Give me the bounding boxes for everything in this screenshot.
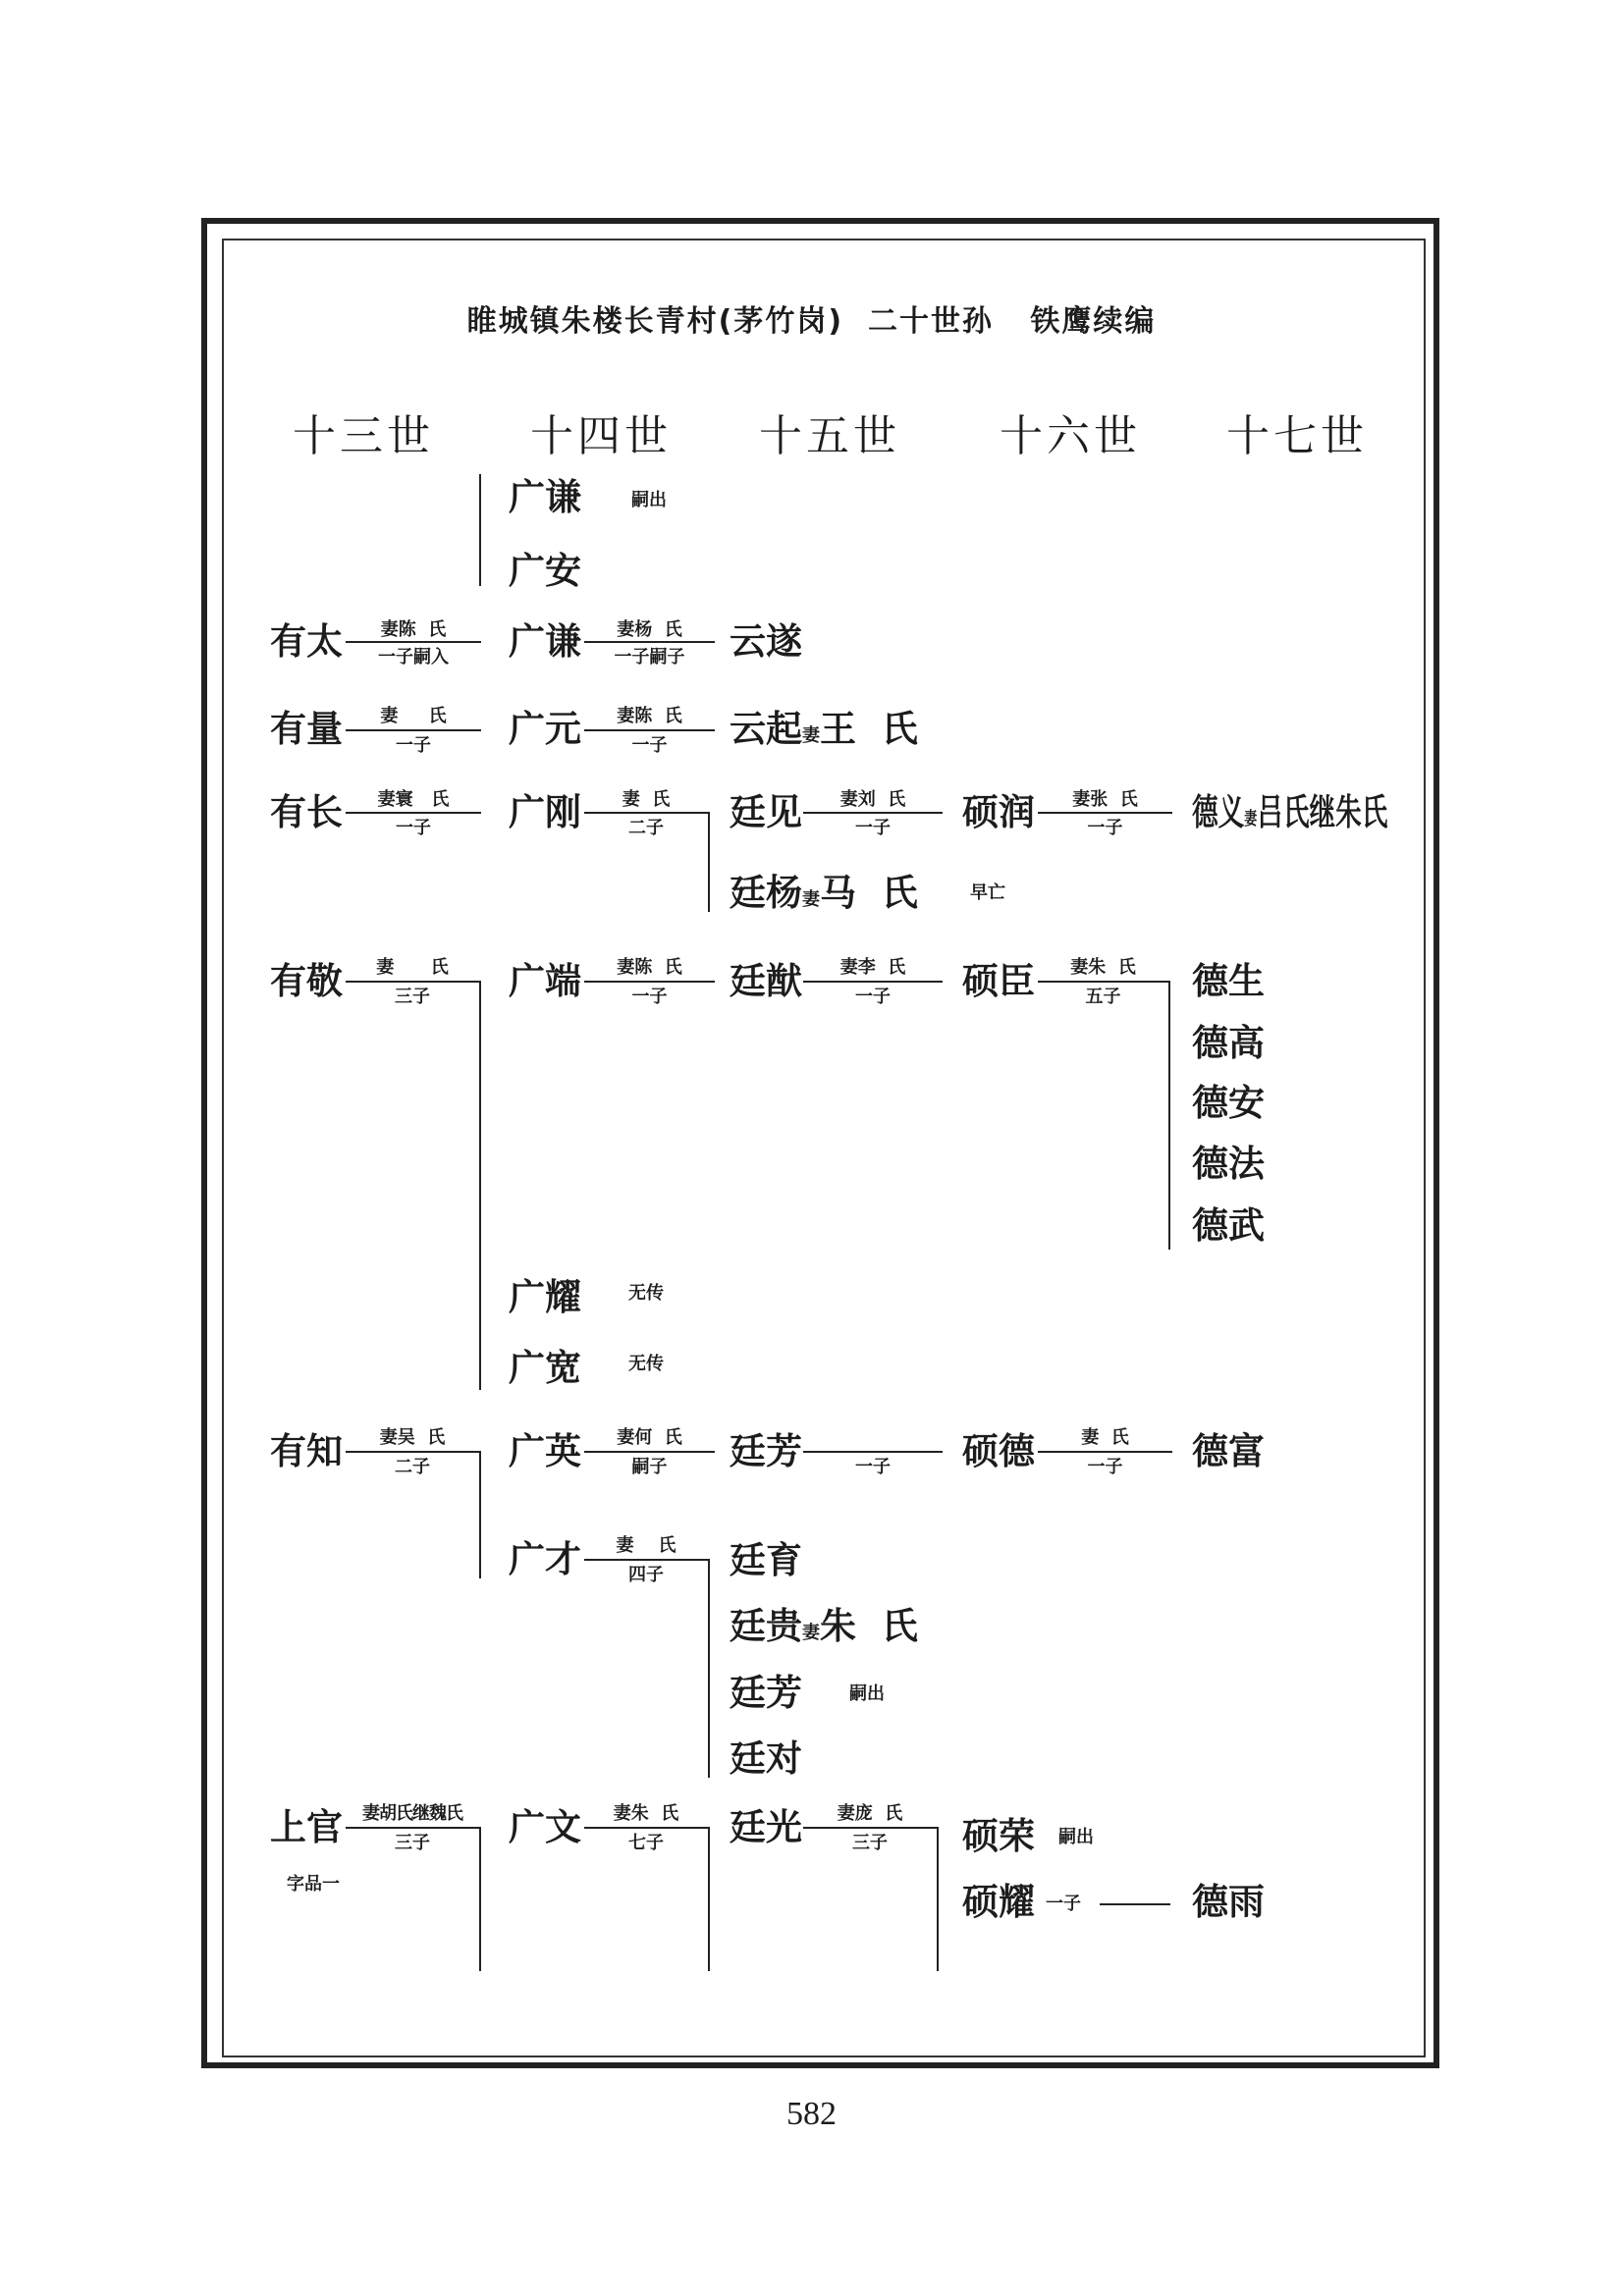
courtesy-name: 字品一 [287,1875,340,1895]
person-name: 廷芳 [730,1674,802,1713]
connector-horizontal [346,729,481,731]
sons-annotation: 二子 [584,819,708,838]
person-note: 嗣出 [849,1684,885,1704]
generation-header-15: 十五世 [759,400,900,463]
sons-annotation: 二子 [346,1458,479,1477]
person-name: 广文 [509,1808,581,1847]
person-name: 上官 [270,1808,343,1847]
person-name: 硕耀 [962,1883,1035,1922]
sons-annotation: 一子 [803,1458,943,1477]
person-name: 云遂 [730,622,802,662]
connector-horizontal [803,1827,939,1829]
person-name: 德武 [1192,1206,1265,1246]
spouse-annotation: 妻刘 氏 [803,790,943,810]
person-name: 广耀 [509,1278,581,1317]
person-name: 德安 [1192,1084,1265,1123]
person-name: 廷贵妻朱 氏 [730,1607,918,1653]
spouse-annotation: 妻陈 氏 [584,707,715,726]
person-name: 有量 [270,710,343,749]
generation-header-14: 十四世 [530,400,672,463]
person-name: 硕臣 [962,962,1035,1001]
spouse-annotation: 妻吴 氏 [346,1428,479,1448]
person-name: 广安 [509,552,581,591]
sons-annotation: 一子 [1046,1895,1081,1914]
generation-header-16: 十六世 [1000,400,1141,463]
person-name: 有太 [270,622,343,662]
connector-vertical [479,981,481,1390]
connector-horizontal [584,1827,710,1829]
generation-header-17: 十七世 [1226,400,1368,463]
connector-horizontal [584,1559,710,1561]
connector-horizontal [346,1827,481,1829]
sons-annotation: 一子 [346,736,481,756]
person-name: 廷对 [730,1739,802,1779]
spouse-annotation: 妻寰 氏 [346,790,481,810]
person-note: 嗣出 [1058,1828,1094,1847]
connector-horizontal [1100,1903,1170,1905]
person-name: 广谦 [509,622,581,662]
spouse-annotation: 妻杨 氏 [584,620,715,640]
sons-annotation: 一子嗣子 [584,648,715,667]
person-name: 德富 [1192,1432,1265,1471]
sons-annotation: 一子 [803,988,943,1007]
sons-annotation: 三子 [346,1834,479,1853]
generation-header-13: 十三世 [293,400,434,463]
person-name: 广刚 [509,793,581,832]
sons-annotation: 一子 [1038,1458,1172,1477]
connector-horizontal [1038,1451,1172,1453]
connector-vertical [708,812,710,912]
person-name: 廷芳 [730,1432,802,1471]
spouse-annotation: 妻张 氏 [1038,790,1172,810]
spouse-annotation: 妻朱 氏 [584,1804,708,1824]
person-name: 廷育 [730,1541,802,1580]
person-name: 廷猷 [730,962,802,1001]
spouse-annotation: 妻胡氏继魏氏 [346,1804,479,1824]
person-name: 有知 [270,1432,343,1471]
spouse-annotation: 妻朱 氏 [1038,958,1168,978]
person-name: 廷杨妻马 氏 [730,874,918,920]
sons-annotation: 一子 [803,819,943,838]
spouse-annotation: 妻庞 氏 [803,1804,937,1824]
person-name: 广谦 [509,478,581,517]
sons-annotation: 嗣子 [584,1458,715,1477]
person-name: 广宽 [509,1349,581,1388]
connector-horizontal [346,1451,481,1453]
person-name: 廷见 [730,793,802,832]
connector-horizontal [346,812,481,814]
connector-horizontal [584,812,710,814]
connector-vertical [479,1451,481,1578]
connector-horizontal [346,641,481,643]
connector-vertical [937,1827,939,1971]
spouse-annotation: 妻陈 氏 [346,620,481,640]
spouse-annotation: 妻 氏 [346,707,481,726]
person-name: 德生 [1192,962,1265,1001]
spouse-annotation: 妻 氏 [1038,1428,1172,1448]
connector-horizontal [584,1451,715,1453]
person-note: 嗣出 [631,491,667,510]
spouse-annotation: 妻李 氏 [803,958,943,978]
person-name: 德雨 [1192,1883,1265,1922]
spouse-annotation: 妻 氏 [584,1536,708,1556]
person-note: 无传 [628,1284,664,1304]
person-name: 德法 [1192,1145,1265,1184]
sons-annotation: 三子 [803,1834,937,1853]
sons-annotation: 一子 [346,819,481,838]
person-name: 云起妻王 氏 [730,710,918,756]
connector-vertical [708,1827,710,1971]
person-name: 有长 [270,793,343,832]
spouse-annotation: 妻 氏 [346,958,479,978]
person-name: 广英 [509,1432,581,1471]
person-name: 广才 [509,1540,581,1579]
connector-horizontal [346,981,481,983]
person-name: 广元 [509,710,581,749]
connector-horizontal [584,981,715,983]
connector-horizontal [1038,812,1172,814]
person-name: 德义妻吕氏继朱氏 [1192,793,1464,839]
person-note: 无传 [628,1355,664,1374]
spouse-annotation: 妻 氏 [584,790,708,810]
sons-annotation: 五子 [1038,988,1168,1007]
person-name: 德高 [1192,1024,1265,1063]
connector-vertical [479,474,481,586]
connector-vertical [479,1827,481,1971]
sons-annotation: 一子 [584,988,715,1007]
connector-vertical [708,1559,710,1778]
sons-annotation: 一子嗣入 [346,648,481,667]
sons-annotation: 一子 [1038,819,1172,838]
connector-horizontal [803,812,943,814]
spouse-annotation: 妻何 氏 [584,1428,715,1448]
person-name: 廷光 [730,1808,802,1847]
sons-annotation: 四子 [584,1566,708,1585]
connector-horizontal [803,1451,943,1453]
connector-vertical [1168,981,1170,1250]
person-name: 有敬 [270,962,343,1001]
person-name: 硕荣 [962,1817,1035,1856]
connector-horizontal [1038,981,1170,983]
connector-horizontal [803,981,943,983]
person-note: 早亡 [970,883,1005,903]
connector-horizontal [584,641,715,643]
sons-annotation: 七子 [584,1834,708,1853]
page-title: 睢城镇朱楼长青村(茅竹岗) 二十世孙 铁鹰续编 [0,296,1623,340]
person-name: 硕润 [962,793,1035,832]
person-name: 硕德 [962,1432,1035,1471]
page-number: 582 [0,2096,1623,2133]
person-name: 广端 [509,962,581,1001]
connector-horizontal [584,729,715,731]
spouse-annotation: 妻陈 氏 [584,958,715,978]
sons-annotation: 一子 [584,736,715,756]
sons-annotation: 三子 [346,988,479,1007]
